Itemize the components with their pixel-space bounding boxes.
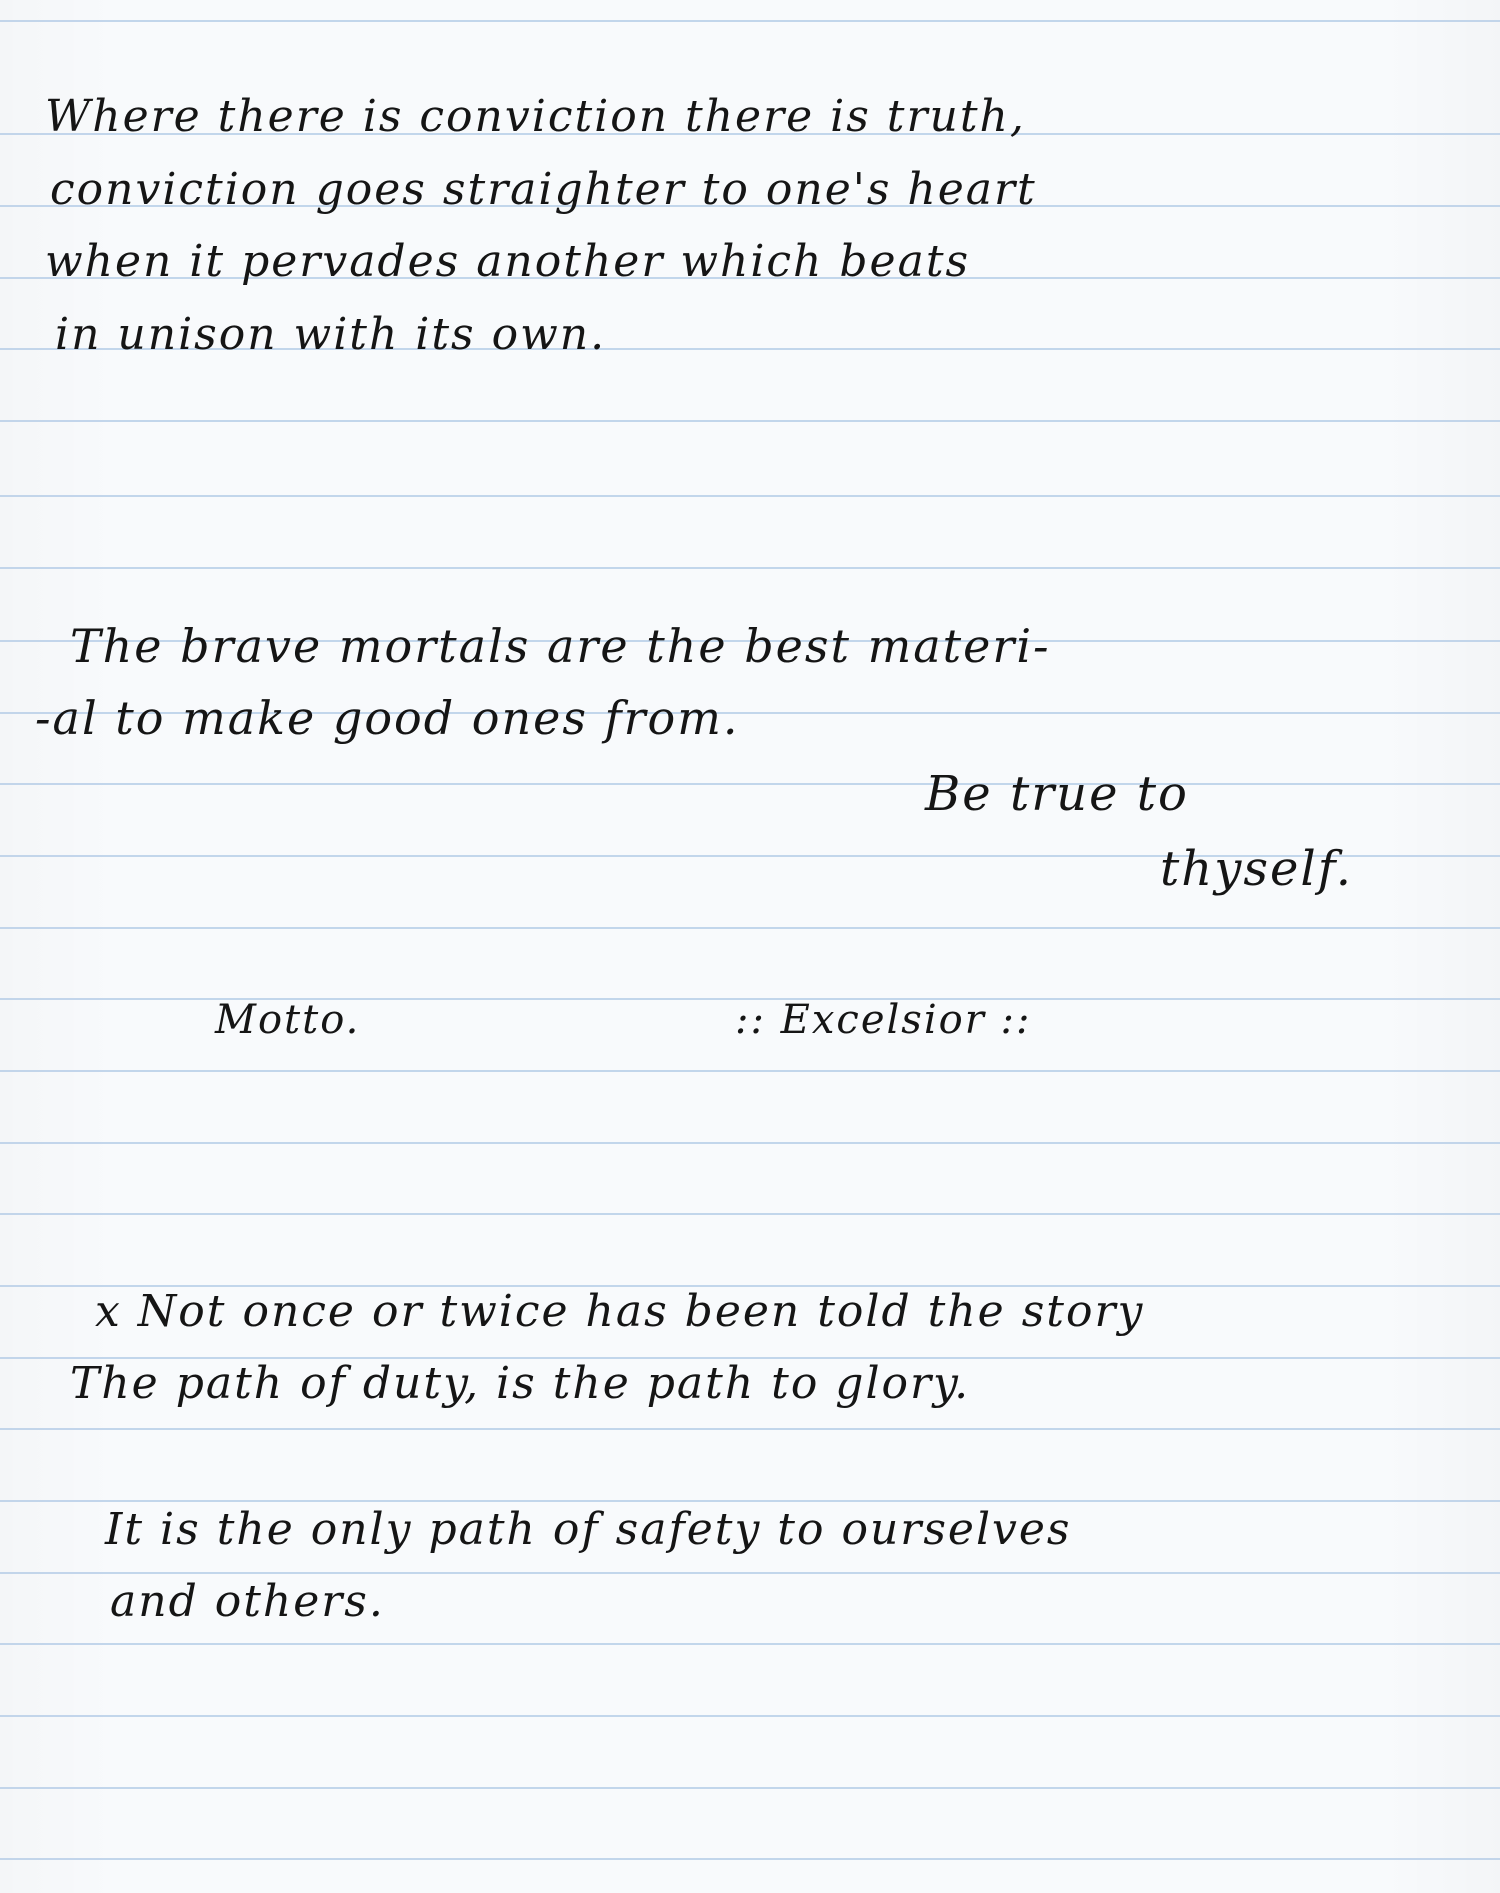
rule-line [0,1213,1500,1215]
motto-label: Motto. [215,1000,360,1040]
passage-1-line-3: when it pervades another which beats [45,240,970,284]
passage-1-line-4: in unison with its own. [55,313,606,357]
passage-2-line-1: The brave mortals are the best materi- [70,623,1051,669]
passage-4-line-1: x Not once or twice has been told the st… [95,1290,1144,1334]
rule-line [0,1500,1500,1502]
passage-5-line-1: It is the only path of safety to ourselv… [105,1508,1072,1552]
passage-1-line-1: Where there is conviction there is truth… [45,95,1026,139]
motto-value: :: Excelsior :: [735,1000,1031,1040]
passage-2-line-2: -al to make good ones from. [35,695,740,741]
rule-line [0,1142,1500,1144]
notebook-page: Where there is conviction there is truth… [0,0,1500,1893]
passage-1-line-2: conviction goes straighter to one's hear… [50,168,1037,212]
rule-line [0,1787,1500,1789]
rule-line [0,567,1500,569]
rule-line [0,1643,1500,1645]
rule-line [0,1715,1500,1717]
passage-3-line-2: thyself. [1160,845,1353,893]
rule-line [0,1572,1500,1574]
rule-line [0,1070,1500,1072]
rule-line [0,20,1500,22]
rule-line [0,495,1500,497]
rule-line [0,783,1500,785]
rule-line [0,1858,1500,1860]
passage-4-line-2: The path of duty, is the path to glory. [70,1362,970,1406]
rule-line [0,1428,1500,1430]
rule-line [0,420,1500,422]
passage-5-line-2: and others. [110,1580,385,1624]
rule-line [0,927,1500,929]
passage-3-line-1: Be true to [925,770,1189,818]
